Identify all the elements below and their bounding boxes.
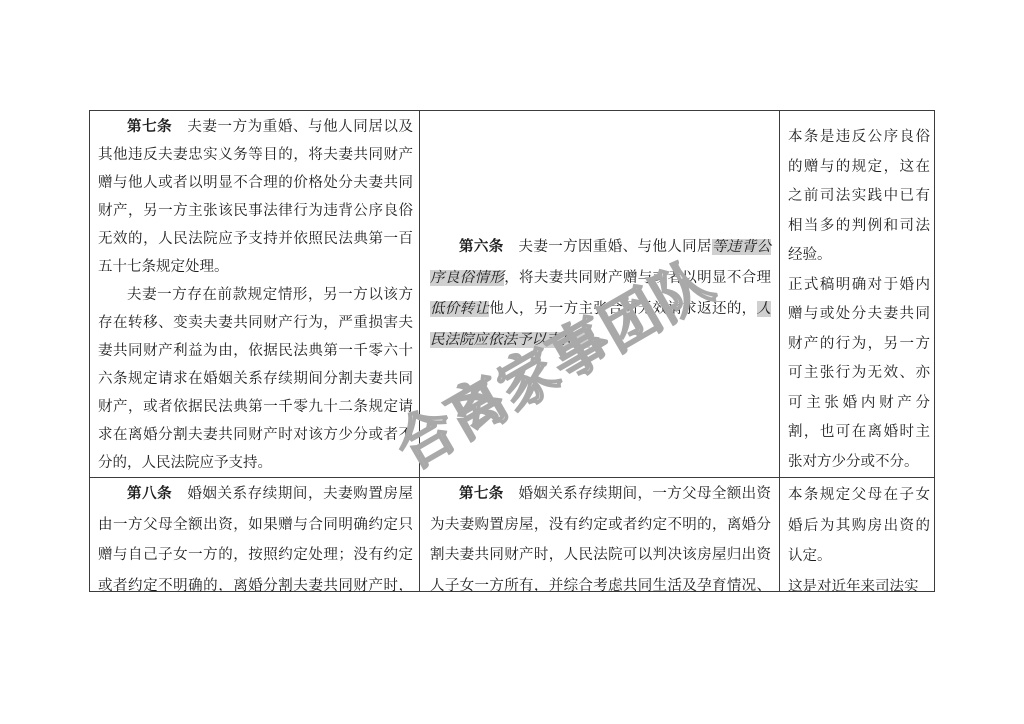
article-text: ，将夫妻共同财产赠与或者以明显不合理: [504, 270, 771, 286]
clause-paragraph: 第八条 婚姻关系存续期间，夫妻购置房屋由一方父母全额出资，如果赠与合同明确约定只…: [98, 479, 413, 591]
commentary-paragraph: 本条是违反公序良俗的赠与的规定，这在之前司法实践中已有相当多的判例和司法经验。: [788, 123, 930, 271]
cell-final-article-6: 第六条 夫妻一方因重婚、与他人同居等违背公序良俗情形，将夫妻共同财产赠与或者以明…: [420, 111, 780, 478]
article-heading: 第六条: [459, 239, 504, 255]
article-heading: 第七条: [459, 486, 504, 502]
article-text: 夫妻一方因重婚、与他人同居: [504, 239, 712, 255]
document-page: 第七条 夫妻一方为重婚、与他人同居以及其他违反夫妻忠实义务等目的，将夫妻共同财产…: [0, 0, 1024, 724]
commentary-paragraph: 这是对近年来司法实: [788, 572, 930, 592]
clause-paragraph: 夫妻一方存在前款规定情形，另一方以该方存在转移、变卖夫妻共同财产行为，严重损害夫…: [98, 281, 413, 477]
clause-paragraph: 第七条 婚姻关系存续期间，一方父母全额出资为夫妻购置房屋，没有约定或者约定不明的…: [430, 479, 771, 591]
article-text: 他人，另一方主张合同无效请求返还的，: [489, 301, 756, 317]
clause-paragraph: 第六条 夫妻一方因重婚、与他人同居等违背公序良俗情形，将夫妻共同财产赠与或者以明…: [430, 232, 771, 356]
cell-final-article-7: 第七条 婚姻关系存续期间，一方父母全额出资为夫妻购置房屋，没有约定或者约定不明的…: [420, 478, 780, 591]
comparison-table: 第七条 夫妻一方为重婚、与他人同居以及其他违反夫妻忠实义务等目的，将夫妻共同财产…: [89, 110, 935, 592]
highlight-segment: 低价转让: [430, 301, 489, 317]
commentary-paragraph: 正式稿明确对于婚内赠与或处分夫妻共同财产的行为，另一方可主张行为无效、亦可主张婚…: [788, 271, 930, 478]
cell-draft-article-7: 第七条 夫妻一方为重婚、与他人同居以及其他违反夫妻忠实义务等目的，将夫妻共同财产…: [90, 111, 420, 478]
cell-commentary-article-7: 本条规定父母在子女婚后为其购房出资的认定。 这是对近年来司法实: [780, 478, 934, 591]
article-heading: 第八条: [127, 486, 172, 502]
article-heading: 第七条: [127, 119, 172, 135]
article-text: 夫妻一方为重婚、与他人同居以及其他违反夫妻忠实义务等目的，将夫妻共同财产赠与他人…: [98, 119, 413, 275]
commentary-paragraph: 本条规定父母在子女婚后为其购房出资的认定。: [788, 480, 930, 572]
cell-commentary-article-6: 本条是违反公序良俗的赠与的规定，这在之前司法实践中已有相当多的判例和司法经验。 …: [780, 111, 934, 478]
cell-draft-article-8: 第八条 婚姻关系存续期间，夫妻购置房屋由一方父母全额出资，如果赠与合同明确约定只…: [90, 478, 420, 591]
clause-paragraph: 第七条 夫妻一方为重婚、与他人同居以及其他违反夫妻忠实义务等目的，将夫妻共同财产…: [98, 113, 413, 281]
